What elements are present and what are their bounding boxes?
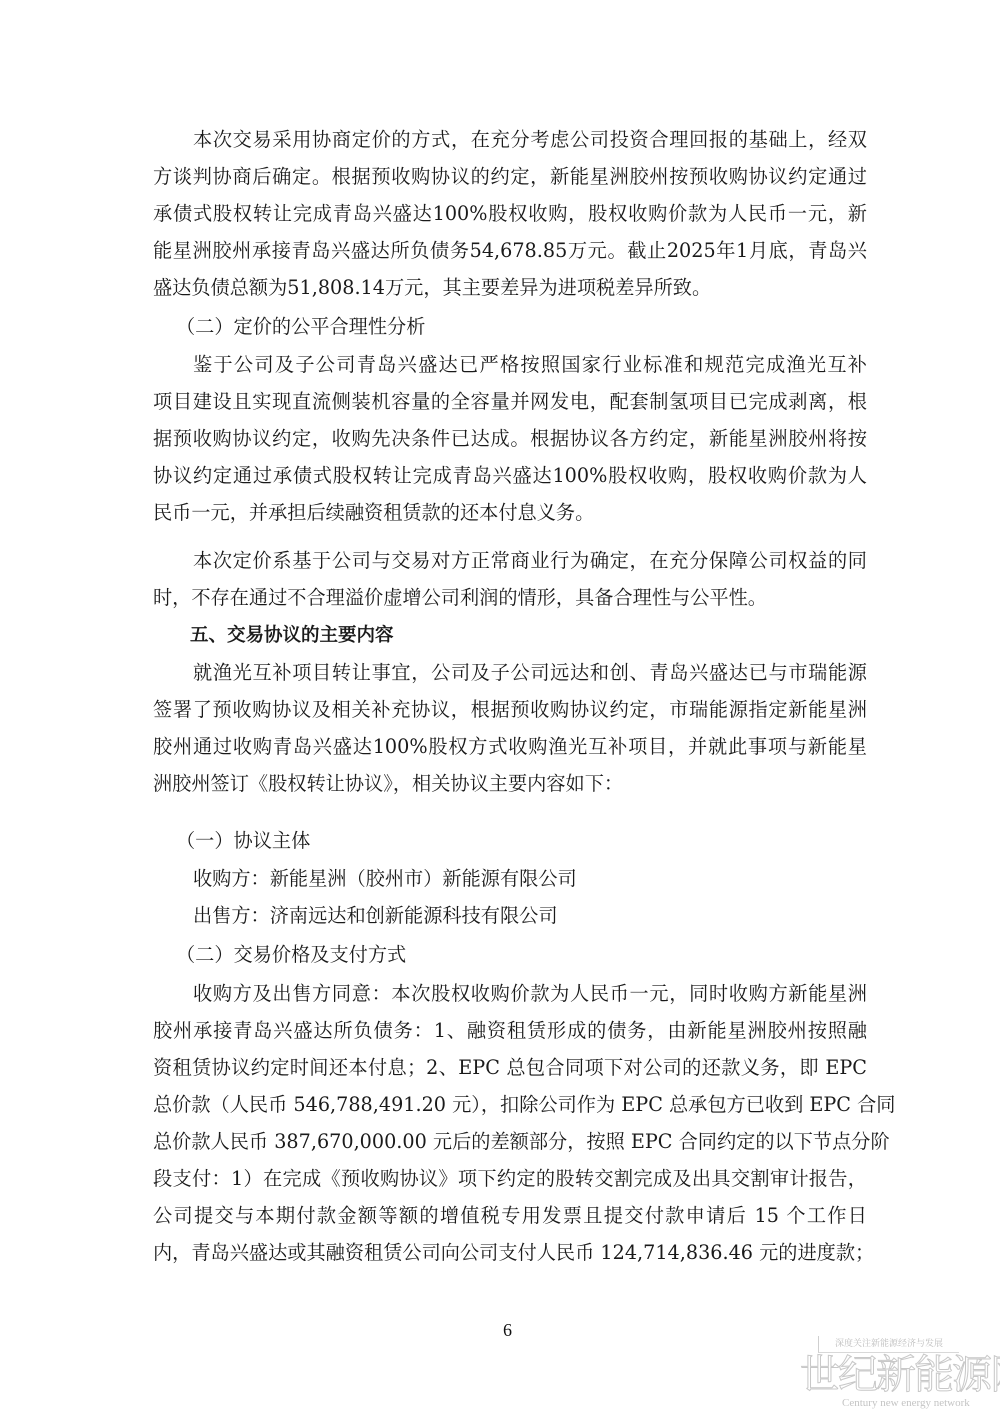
page-number: 6 <box>503 1320 512 1341</box>
watermark-name: 世纪新能源网 <box>800 1353 1000 1397</box>
section-heading: 五、交易协议的主要内容 <box>190 622 904 650</box>
paragraph-line: 胶州通过收购青岛兴盛达100%股权方式收购渔光互补项目，并就此事项与新能星 <box>153 733 867 761</box>
paragraph-line: 段支付：1）在完成《预收购协议》项下约定的股转交割完成及出具交割审计报告， <box>153 1165 867 1193</box>
paragraph-line: 签署了预收购协议及相关补充协议，根据预收购协议约定，市瑞能源指定新能星洲 <box>153 696 867 724</box>
paragraph-line: 盛达负债总额为51,808.14万元，其主要差异为进项税差异所致。 <box>153 274 867 302</box>
watermark-tagline: 深度关注新能源经济与发展 <box>818 1336 959 1353</box>
paragraph-line: 总价款（人民币 546,788,491.20 元），扣除公司作为 EPC 总承包… <box>153 1091 867 1119</box>
paragraph-line: 就渔光互补项目转让事宜，公司及子公司远达和创、青岛兴盛达已与市瑞能源 <box>193 659 867 687</box>
paragraph-line: 时，不存在通过不合理溢价虚增公司利润的情形，具备合理性与公平性。 <box>153 584 867 612</box>
paragraph-line: 方谈判协商后确定。根据预收购协议的约定，新能星洲胶州按预收购协议约定通过 <box>153 163 867 191</box>
paragraph-line: 收购方及出售方同意：本次股权收购价款为人民币一元，同时收购方新能星洲 <box>193 980 867 1008</box>
subsection-heading: （一）协议主体 <box>176 827 890 855</box>
paragraph-line: 资租赁协议约定时间还本付息；2、EPC 总包合同项下对公司的还款义务，即 EPC <box>153 1054 867 1082</box>
paragraph-line: 鉴于公司及子公司青岛兴盛达已严格按照国家行业标准和规范完成渔光互补 <box>193 351 867 379</box>
watermark-logo: 深度关注新能源经济与发展 世纪新能源网 Century new energy n… <box>800 1336 1000 1414</box>
paragraph-line: 公司提交与本期付款金额等额的增值税专用发票且提交付款申请后 15 个工作日 <box>153 1202 867 1230</box>
subsection-heading: （二）定价的公平合理性分析 <box>176 313 890 341</box>
document-page: 本次交易采用协商定价的方式，在充分考虑公司投资合理回报的基础上，经双 方谈判协商… <box>0 0 1000 1414</box>
paragraph-line: 能星洲胶州承接青岛兴盛达所负债务54,678.85万元。截止2025年1月底，青… <box>153 237 867 265</box>
paragraph-line: 据预收购协议约定，收购先决条件已达成。根据协议各方约定，新能星洲胶州将按 <box>153 425 867 453</box>
seller-line: 出售方：济南远达和创新能源科技有限公司 <box>193 902 907 930</box>
paragraph-line: 承债式股权转让完成青岛兴盛达100%股权收购，股权收购价款为人民币一元，新 <box>153 200 867 228</box>
paragraph-line: 本次定价系基于公司与交易对方正常商业行为确定，在充分保障公司权益的同 <box>193 547 867 575</box>
paragraph-line: 本次交易采用协商定价的方式，在充分考虑公司投资合理回报的基础上，经双 <box>193 126 867 154</box>
watermark-name-en: Century new energy network <box>842 1397 970 1409</box>
subsection-heading: （二）交易价格及支付方式 <box>176 941 890 969</box>
paragraph-line: 总价款人民币 387,670,000.00 元后的差额部分，按照 EPC 合同约… <box>153 1128 867 1156</box>
paragraph-line: 项目建设且实现直流侧装机容量的全容量并网发电，配套制氢项目已完成剥离，根 <box>153 388 867 416</box>
paragraph-line: 洲胶州签订《股权转让协议》，相关协议主要内容如下： <box>153 770 867 798</box>
paragraph-line: 内，青岛兴盛达或其融资租赁公司向公司支付人民币 124,714,836.46 元… <box>153 1239 867 1267</box>
buyer-line: 收购方：新能星洲（胶州市）新能源有限公司 <box>193 865 907 893</box>
paragraph-line: 协议约定通过承债式股权转让完成青岛兴盛达100%股权收购，股权收购价款为人 <box>153 462 867 490</box>
paragraph-line: 胶州承接青岛兴盛达所负债务：1、融资租赁形成的债务，由新能星洲胶州按照融 <box>153 1017 867 1045</box>
paragraph-line: 民币一元，并承担后续融资租赁款的还本付息义务。 <box>153 499 867 527</box>
